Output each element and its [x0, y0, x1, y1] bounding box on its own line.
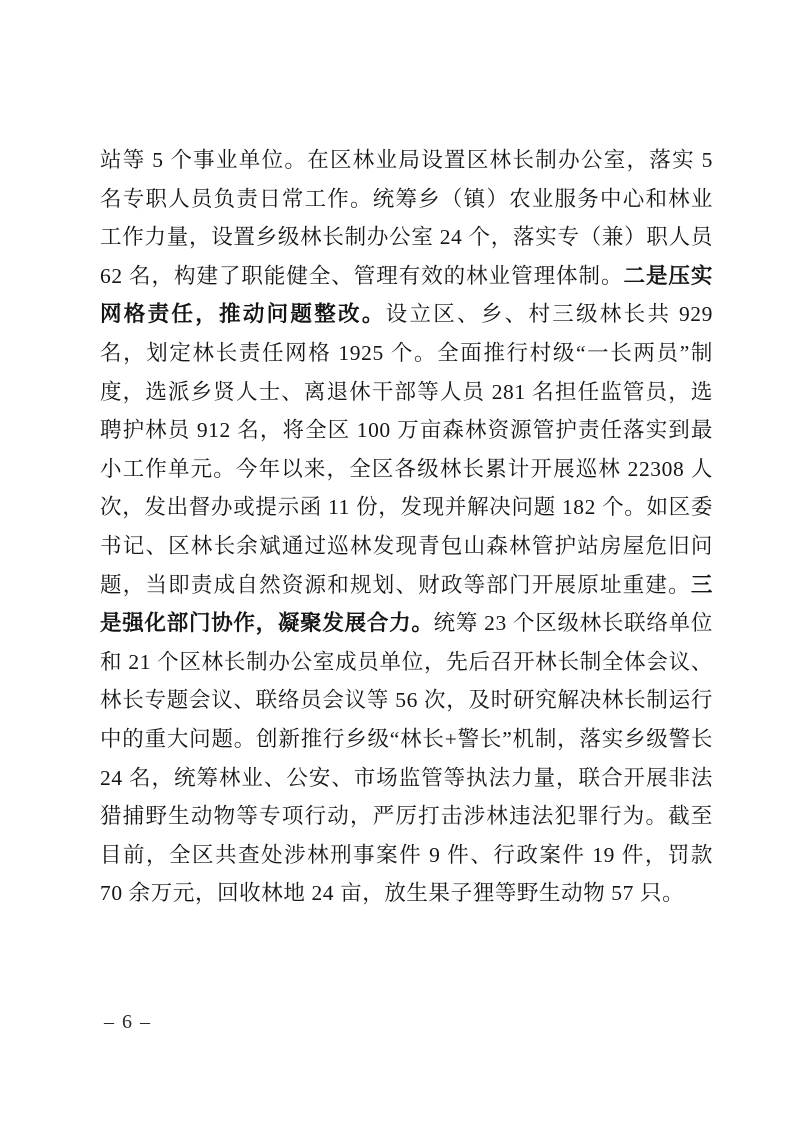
text-segment: 统筹 23 个区级林长联络单位和 21 个区林长制办公室成员单位，先后召开林长制…	[100, 611, 713, 905]
text-segment: 设立区、乡、村三级林长共 929 名，划定林长责任网格 1925 个。全面推行村…	[100, 302, 713, 596]
page-number: – 6 –	[104, 1011, 152, 1034]
document-page: 站等 5 个事业单位。在区林业局设置区林长制办公室，落实 5 名专职人员负责日常…	[0, 0, 793, 1122]
body-paragraph: 站等 5 个事业单位。在区林业局设置区林长制办公室，落实 5 名专职人员负责日常…	[100, 141, 713, 913]
text-segment: 站等 5 个事业单位。在区林业局设置区林长制办公室，落实 5 名专职人员负责日常…	[100, 148, 713, 288]
